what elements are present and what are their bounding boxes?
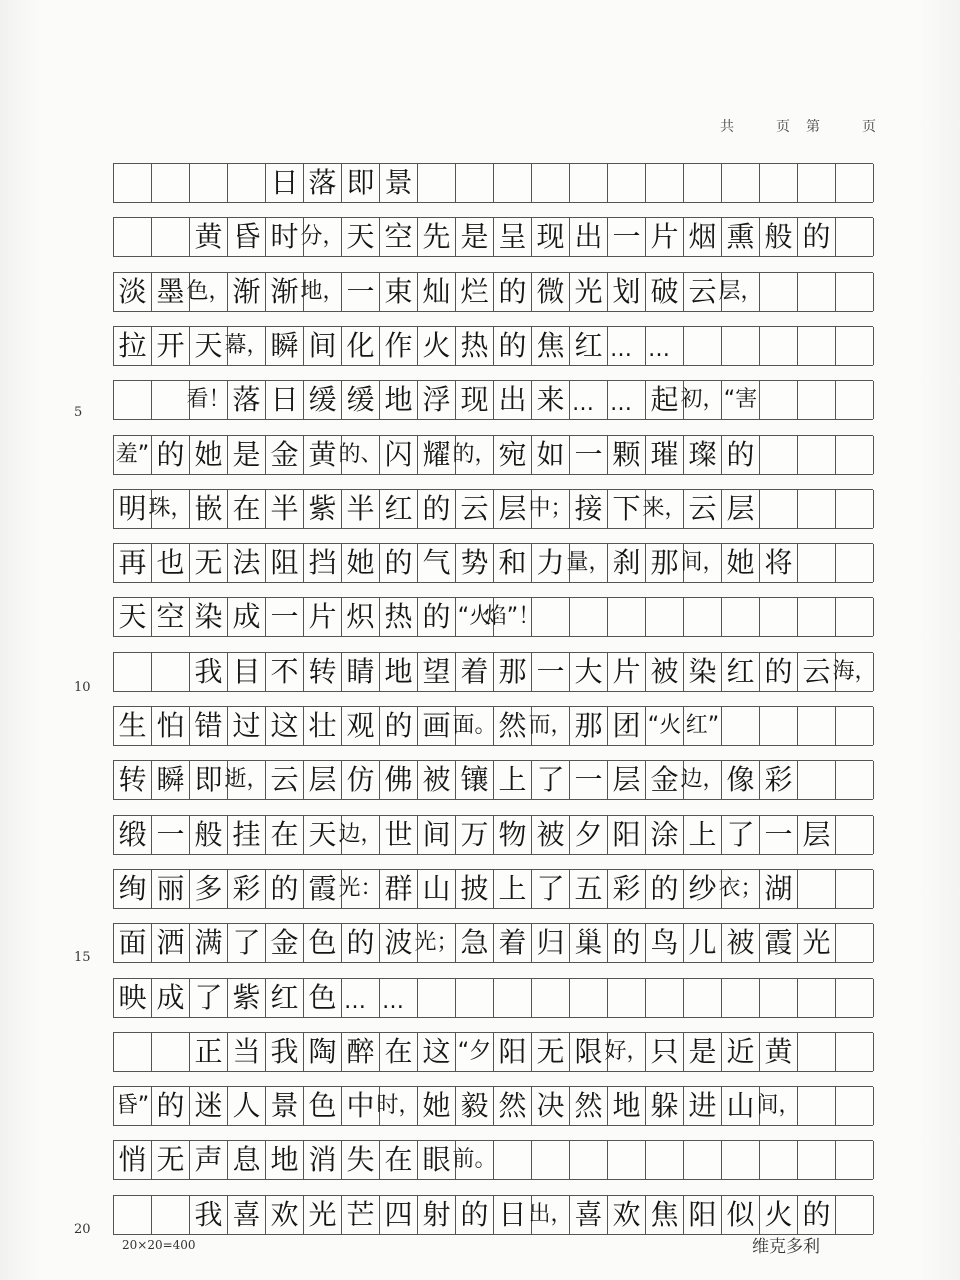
grid-cell: 躲 [646,1087,684,1125]
grid-cell [646,598,684,636]
grid-row: 生怕错过这壮观的画面。然而，那团“火红” [113,706,873,746]
grid-cell: 海， [836,653,874,691]
grid-cell [684,598,722,636]
grid-cell: 微 [532,273,570,311]
grid-cell: 云 [684,490,722,528]
grid-cell: 耀 [418,436,456,474]
grid-cell: 生 [114,707,152,745]
grid-cell [684,979,722,1017]
grid-cell [684,1141,722,1179]
grid-cell: 层 [722,490,760,528]
grid-cell: … [608,327,646,365]
grid-cell: 幕， [228,327,266,365]
grid-cell: 气 [418,544,456,582]
grid-cell: 山 [722,1087,760,1125]
grid-cell: 我 [190,653,228,691]
grid-row: 再也无法阻挡她的气势和力量，刹那间，她将 [113,543,873,583]
grid-count-label: 20×20=400 [122,1238,196,1252]
grid-cell: 四 [380,1196,418,1234]
grid-cell [760,979,798,1017]
grid-cell: 红” [684,707,722,745]
grid-cell: 色 [304,979,342,1017]
grid-cell [570,164,608,202]
grid-cell: 了 [190,979,228,1017]
grid-cell [570,979,608,1017]
grid-cell: 霞 [304,870,342,908]
grid-cell [798,490,836,528]
grid-cell: 烟 [684,218,722,256]
grid-cell [760,1141,798,1179]
grid-row: 转瞬即逝，云层仿佛被镶上了一层金边，像彩 [113,760,873,800]
grid-cell: 璨 [684,436,722,474]
grid-cell: 初， [684,381,722,419]
grid-cell: 金 [646,761,684,799]
grid-cell: 过 [228,707,266,745]
grid-cell: 这 [418,1033,456,1071]
grid-cell: 作 [380,327,418,365]
grid-cell: 片 [304,598,342,636]
grid-cell: 近 [722,1033,760,1071]
grid-cell: 中； [532,490,570,528]
grid-cell: 目 [228,653,266,691]
grid-cell: 来， [646,490,684,528]
grid-cell: 来 [532,381,570,419]
grid-cell [798,1087,836,1125]
grid-cell [152,164,190,202]
grid-cell: 分， [304,218,342,256]
grid-cell: 闪 [380,436,418,474]
grid-cell: 云 [684,273,722,311]
grid-cell: 一 [608,218,646,256]
grid-cell: 即 [342,164,380,202]
grid-cell: 的 [380,707,418,745]
grid-cell: 墨 [152,273,190,311]
grid-cell: 面 [114,924,152,962]
grid-cell: 火 [760,1196,798,1234]
grid-cell: 息 [228,1141,266,1179]
grid-cell: “夕 [456,1033,494,1071]
line-number-20: 20 [74,1222,104,1237]
grid-cell: 日 [266,381,304,419]
grid-cell: 颗 [608,436,646,474]
grid-row: 看！落日缓缓地浮现出来……起初，“害 [113,380,873,420]
grid-cell [190,164,228,202]
grid-cell: 佛 [380,761,418,799]
grid-cell: 的 [760,653,798,691]
grid-cell: 地 [380,653,418,691]
grid-cell: 嵌 [190,490,228,528]
total-label: 共 [720,116,734,136]
grid-cell [532,1141,570,1179]
grid-cell: 无 [532,1033,570,1071]
grid-cell: 一 [570,436,608,474]
grid-cell: 无 [190,544,228,582]
grid-cell [722,707,760,745]
brand-label: 维克多利 [752,1232,820,1257]
grid-cell: 上 [684,816,722,854]
grid-cell: 焰”！ [494,598,532,636]
grid-row: 黄昏时分，天空先是呈现出一片烟熏般的 [113,217,873,257]
grid-cell: 下 [608,490,646,528]
grid-cell: 多 [190,870,228,908]
grid-cell [798,870,836,908]
grid-cell: 五 [570,870,608,908]
grid-cell: 彩 [608,870,646,908]
grid-cell: 瞬 [152,761,190,799]
grid-cell: 色 [304,1087,342,1125]
grid-cell: 景 [380,164,418,202]
grid-cell: 了 [532,761,570,799]
grid-cell: 这 [266,707,304,745]
grid-cell [570,1141,608,1179]
grid-cell: 彩 [760,761,798,799]
grid-cell: 只 [646,1033,684,1071]
grid-cell: 起 [646,381,684,419]
grid-cell: 落 [228,381,266,419]
grid-cell: 迷 [190,1087,228,1125]
grid-cell: 似 [722,1196,760,1234]
grid-cell: 是 [456,218,494,256]
grid-cell [798,164,836,202]
grid-cell [152,1033,190,1071]
grid-cell: 间， [760,1087,798,1125]
grid-cell: 着 [494,924,532,962]
grid-cell: 了 [722,816,760,854]
grid-cell: 涂 [646,816,684,854]
grid-cell: 逝， [228,761,266,799]
grid-cell: 望 [418,653,456,691]
grid-cell: 划 [608,273,646,311]
grid-cell: 湖 [760,870,798,908]
grid-cell: 是 [684,1033,722,1071]
grid-cell: 观 [342,707,380,745]
grid-cell: 天 [190,327,228,365]
grid-cell: 夕 [570,816,608,854]
grid-cell: 儿 [684,924,722,962]
grid-cell: 如 [532,436,570,474]
grid-cell: 紫 [304,490,342,528]
grid-cell: 欢 [266,1196,304,1234]
grid-cell: 绚 [114,870,152,908]
grid-cell: 在 [228,490,266,528]
grid-cell: 披 [456,870,494,908]
grid-cell: 化 [342,327,380,365]
grid-cell [646,979,684,1017]
grid-cell: 昏” [114,1087,152,1125]
line-number-5: 5 [74,405,104,420]
grid-cell: 好， [608,1033,646,1071]
grid-cell: 是 [228,436,266,474]
grid-cell: 焦 [532,327,570,365]
grid-cell: 成 [228,598,266,636]
grid-cell: 毅 [456,1087,494,1125]
grid-cell: 红 [570,327,608,365]
grid-cell [418,164,456,202]
grid-cell: 烂 [456,273,494,311]
grid-cell: 光： [342,870,380,908]
grid-cell: 边， [342,816,380,854]
grid-cell [760,327,798,365]
grid-cell: 刹 [608,544,646,582]
grid-cell: 芒 [342,1196,380,1234]
grid-cell: 接 [570,490,608,528]
grid-cell: 的 [456,1196,494,1234]
grid-cell [798,1033,836,1071]
grid-cell: 落 [304,164,342,202]
grid-cell: 的 [722,436,760,474]
grid-cell: 间 [418,816,456,854]
grid-cell [494,1141,532,1179]
grid-cell [836,816,874,854]
pages-label: 页 [776,116,790,136]
grid-row: 淡墨色，渐渐地，一束灿烂的微光划破云层， [113,272,873,312]
grid-cell: 我 [190,1196,228,1234]
grid-cell: 热 [456,327,494,365]
grid-cell [722,598,760,636]
grid-row: 映成了紫红色…… [113,978,873,1018]
grid-cell: 再 [114,544,152,582]
grid-cell: 了 [532,870,570,908]
grid-cell: 势 [456,544,494,582]
grid-cell: 欢 [608,1196,646,1234]
line-number-10: 10 [74,680,104,695]
grid-cell: 无 [152,1141,190,1179]
grid-cell: 怕 [152,707,190,745]
grid-cell: 限 [570,1033,608,1071]
grid-cell [836,381,874,419]
grid-cell [836,1087,874,1125]
grid-cell [114,1196,152,1234]
grid-cell: 量， [570,544,608,582]
grid-cell: 片 [608,653,646,691]
grid-cell: 紫 [228,979,266,1017]
grid-cell: 的 [418,598,456,636]
grid-cell: 时 [266,218,304,256]
grid-cell: 的 [152,1087,190,1125]
grid-cell: 阳 [608,816,646,854]
grid-cell: 世 [380,816,418,854]
grid-cell: 睛 [342,653,380,691]
grid-cell: 那 [570,707,608,745]
grid-cell [532,164,570,202]
grid-cell [836,327,874,365]
grid-cell [494,164,532,202]
grid-cell: 拉 [114,327,152,365]
grid-row: 悄无声息地消失在眼前。 [113,1140,873,1180]
grid-cell: 地 [608,1087,646,1125]
grid-cell: 她 [342,544,380,582]
grid-cell: 她 [722,544,760,582]
grid-cell: 而， [532,707,570,745]
grid-cell: 云 [456,490,494,528]
grid-row: 日落即景 [113,163,873,203]
grid-cell [836,164,874,202]
grid-cell [836,761,874,799]
grid-cell: 景 [266,1087,304,1125]
grid-cell: 红 [722,653,760,691]
grid-cell: 消 [304,1141,342,1179]
grid-cell: 出， [532,1196,570,1234]
grid-cell [836,979,874,1017]
grid-cell: 般 [190,816,228,854]
grid-cell: … [608,381,646,419]
grid-cell: 一 [570,761,608,799]
grid-cell: 转 [304,653,342,691]
grid-cell: 天 [114,598,152,636]
grid-cell [760,273,798,311]
grid-cell: 一 [152,816,190,854]
grid-row: 面洒满了金色的波光；急着归巢的鸟儿被霞光 [113,923,873,963]
grid-cell [798,327,836,365]
grid-cell: 破 [646,273,684,311]
grid-cell: 地 [380,381,418,419]
grid-cell [836,436,874,474]
grid-cell: 一 [266,598,304,636]
grid-cell: 当 [228,1033,266,1071]
grid-cell: 金 [266,436,304,474]
grid-cell [798,598,836,636]
grid-cell: 悄 [114,1141,152,1179]
grid-cell [836,1033,874,1071]
grid-cell: 在 [380,1033,418,1071]
grid-cell: 那 [494,653,532,691]
grid-cell [836,598,874,636]
grid-cell [760,490,798,528]
grid-cell: 光 [304,1196,342,1234]
grid-cell [836,870,874,908]
grid-cell: 的 [342,924,380,962]
grid-cell [152,1196,190,1234]
grid-cell: 般 [760,218,798,256]
grid-cell: 昏 [228,218,266,256]
grid-cell: 醉 [342,1033,380,1071]
grid-cell: 珠， [152,490,190,528]
grid-cell: 镶 [456,761,494,799]
grid-cell: 彩 [228,870,266,908]
grid-cell: 归 [532,924,570,962]
grid-cell [608,979,646,1017]
grid-cell: 空 [152,598,190,636]
grid-row: 绚丽多彩的霞光：群山披上了五彩的纱衣；湖 [113,869,873,909]
grid-cell: 光； [418,924,456,962]
grid-cell: 将 [760,544,798,582]
grid-cell: 日 [266,164,304,202]
grid-cell: 半 [266,490,304,528]
grid-cell [722,164,760,202]
grid-cell [798,1141,836,1179]
grid-cell: 山 [418,870,456,908]
grid-cell: 像 [722,761,760,799]
grid-cell: 现 [532,218,570,256]
grid-cell: 天 [342,218,380,256]
grid-cell [152,381,190,419]
grid-cell: 决 [532,1087,570,1125]
grid-cell: 阳 [494,1033,532,1071]
grid-cell: 满 [190,924,228,962]
grid-cell: 的 [494,327,532,365]
grid-cell [608,1141,646,1179]
grid-cell: 日 [494,1196,532,1234]
grid-cell [836,273,874,311]
grid-cell: 大 [570,653,608,691]
grid-cell: 正 [190,1033,228,1071]
grid-cell: 层， [722,273,760,311]
grid-cell: 阳 [684,1196,722,1234]
grid-cell: 现 [456,381,494,419]
grid-cell [836,544,874,582]
grid-cell: 色 [304,924,342,962]
grid-row: 缎一般挂在天边，世间万物被夕阳涂上了一层 [113,815,873,855]
grid-cell: … [570,381,608,419]
grid-cell: 她 [418,1087,456,1125]
grid-cell: 宛 [494,436,532,474]
grid-cell [760,381,798,419]
grid-cell: 洒 [152,924,190,962]
grid-cell [798,761,836,799]
grid-cell: 的 [646,870,684,908]
grid-cell: 在 [380,1141,418,1179]
grid-cell [456,164,494,202]
grid-cell: 中 [342,1087,380,1125]
grid-cell [836,707,874,745]
grid-cell: 纱 [684,870,722,908]
grid-cell [152,653,190,691]
grid-cell: 即 [190,761,228,799]
grid-cell: 仿 [342,761,380,799]
grid-cell: 羞” [114,436,152,474]
grid-cell: “火 [646,707,684,745]
grid-cell: 映 [114,979,152,1017]
grid-cell: 黄 [190,218,228,256]
grid-cell: 黄 [760,1033,798,1071]
grid-cell [532,979,570,1017]
grid-cell: … [646,327,684,365]
grid-cell: 丽 [152,870,190,908]
grid-cell: 陶 [304,1033,342,1071]
grid-cell: 的 [152,436,190,474]
grid-row: 我目不转睛地望着那一大片被染红的云海， [113,652,873,692]
grid-row: 天空染成一片炽热的“火焰”！ [113,597,873,637]
page-prefix: 第 [806,116,820,136]
grid-row: 明珠，嵌在半紫半红的云层中；接下来，云层 [113,489,873,529]
grid-cell: 巢 [570,924,608,962]
grid-cell: 浮 [418,381,456,419]
grid-cell [760,164,798,202]
grid-cell: 光 [798,924,836,962]
grid-cell [798,273,836,311]
grid-row: 我喜欢光芒四射的日出，喜欢焦阳似火的 [113,1195,873,1235]
grid-cell [798,707,836,745]
grid-cell: 黄 [304,436,342,474]
grid-cell [228,164,266,202]
grid-cell: 红 [266,979,304,1017]
grid-cell: 层 [494,490,532,528]
grid-cell: 失 [342,1141,380,1179]
grid-cell: 那 [646,544,684,582]
grid-row: 羞”的她是金黄的、闪耀的，宛如一颗璀璨的 [113,435,873,475]
grid-cell: 被 [646,653,684,691]
grid-cell: 的 [418,490,456,528]
grid-cell [418,979,456,1017]
grid-cell: 云 [266,761,304,799]
page-suffix: 页 [862,116,876,136]
grid-cell: 地， [304,273,342,311]
grid-cell [760,436,798,474]
grid-cell: 成 [152,979,190,1017]
grid-cell [646,1141,684,1179]
grid-cell [722,327,760,365]
grid-cell: 的、 [342,436,380,474]
